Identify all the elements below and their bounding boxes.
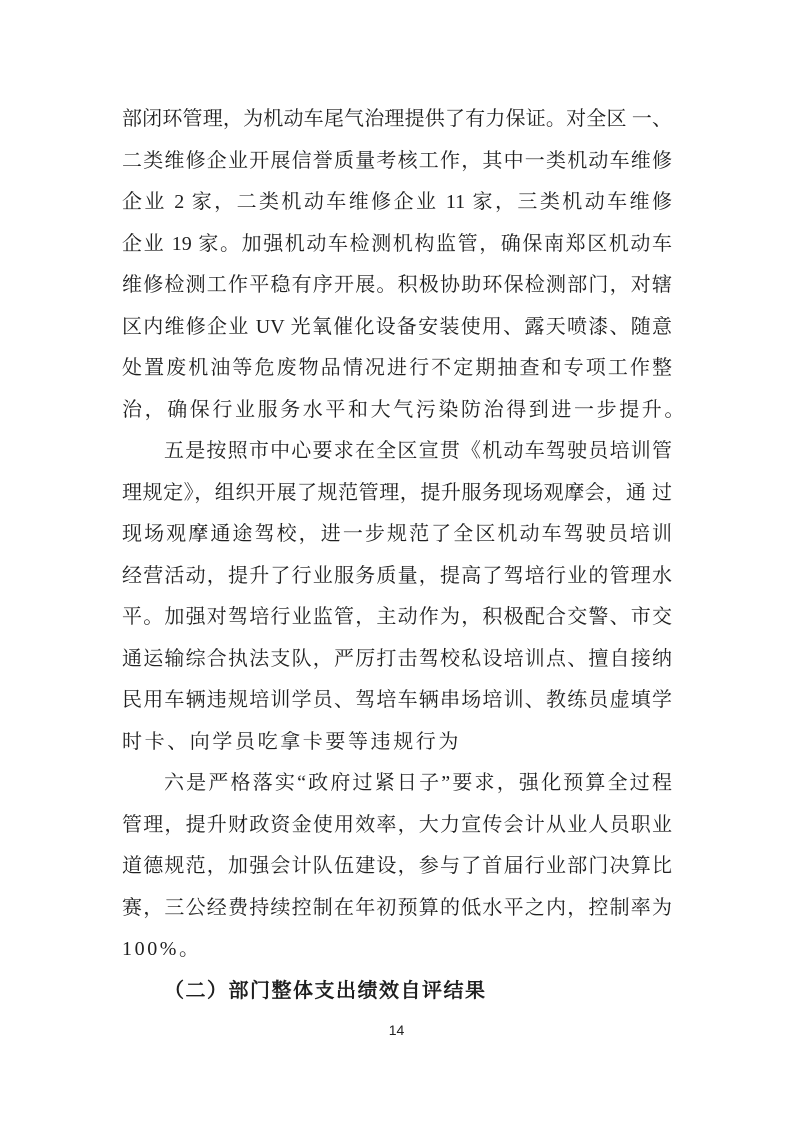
text-line: 100%。 bbox=[122, 929, 672, 971]
text-line: 区内维修企业 UV 光氧催化设备安装使用、露天喷漆、随意 bbox=[122, 307, 672, 349]
page-number: 14 bbox=[0, 1019, 793, 1041]
text-line: 通运输综合执法支队，严厉打击驾校私设培训点、擅自接纳 bbox=[122, 639, 672, 681]
text-line: 维修检测工作平稳有序开展。积极协助环保检测部门，对辖 bbox=[122, 265, 672, 307]
section-heading: （二）部门整体支出绩效自评结果 bbox=[122, 971, 672, 1013]
text-line: 时卡、向学员吃拿卡要等违规行为 bbox=[122, 722, 672, 764]
text-line: 二类维修企业开展信誉质量考核工作，其中一类机动车维修 bbox=[122, 141, 672, 183]
text-line: 管理，提升财政资金使用效率，大力宣传会计从业人员职业 bbox=[122, 805, 672, 847]
text-line: 赛，三公经费持续控制在年初预算的低水平之内，控制率为 bbox=[122, 888, 672, 930]
text-line: 六是严格落实“政府过紧日子”要求，强化预算全过程 bbox=[122, 763, 672, 805]
text-line: 企业 19 家。加强机动车检测机构监管，确保南郑区机动车 bbox=[122, 224, 672, 266]
text-line: 理规定》，组织开展了规范管理，提升服务现场观摩会，通 过 bbox=[122, 473, 672, 515]
text-line: 五是按照市中心要求在全区宣贯《机动车驾驶员培训管 bbox=[122, 431, 672, 473]
document-body: 部闭环管理，为机动车尾气治理提供了有力保证。对全区 一、二类维修企业开展信誉质量… bbox=[122, 99, 672, 1012]
text-line: 民用车辆违规培训学员、驾培车辆串场培训、教练员虚填学 bbox=[122, 680, 672, 722]
text-line: 道德规范，加强会计队伍建设，参与了首届行业部门决算比 bbox=[122, 846, 672, 888]
document-page: 部闭环管理，为机动车尾气治理提供了有力保证。对全区 一、二类维修企业开展信誉质量… bbox=[0, 0, 793, 1122]
text-line: 现场观摩通途驾校，进一步规范了全区机动车驾驶员培训 bbox=[122, 514, 672, 556]
text-line: 部闭环管理，为机动车尾气治理提供了有力保证。对全区 一、 bbox=[122, 99, 672, 141]
text-line: 经营活动，提升了行业服务质量，提高了驾培行业的管理水 bbox=[122, 556, 672, 598]
text-line: 企业 2 家，二类机动车维修企业 11 家，三类机动车维修 bbox=[122, 182, 672, 224]
text-line: 治，确保行业服务水平和大气污染防治得到进一步提升。 bbox=[122, 390, 672, 432]
text-line: 处置废机油等危废物品情况进行不定期抽查和专项工作整 bbox=[122, 348, 672, 390]
text-line: 平。加强对驾培行业监管，主动作为，积极配合交警、市交 bbox=[122, 597, 672, 639]
